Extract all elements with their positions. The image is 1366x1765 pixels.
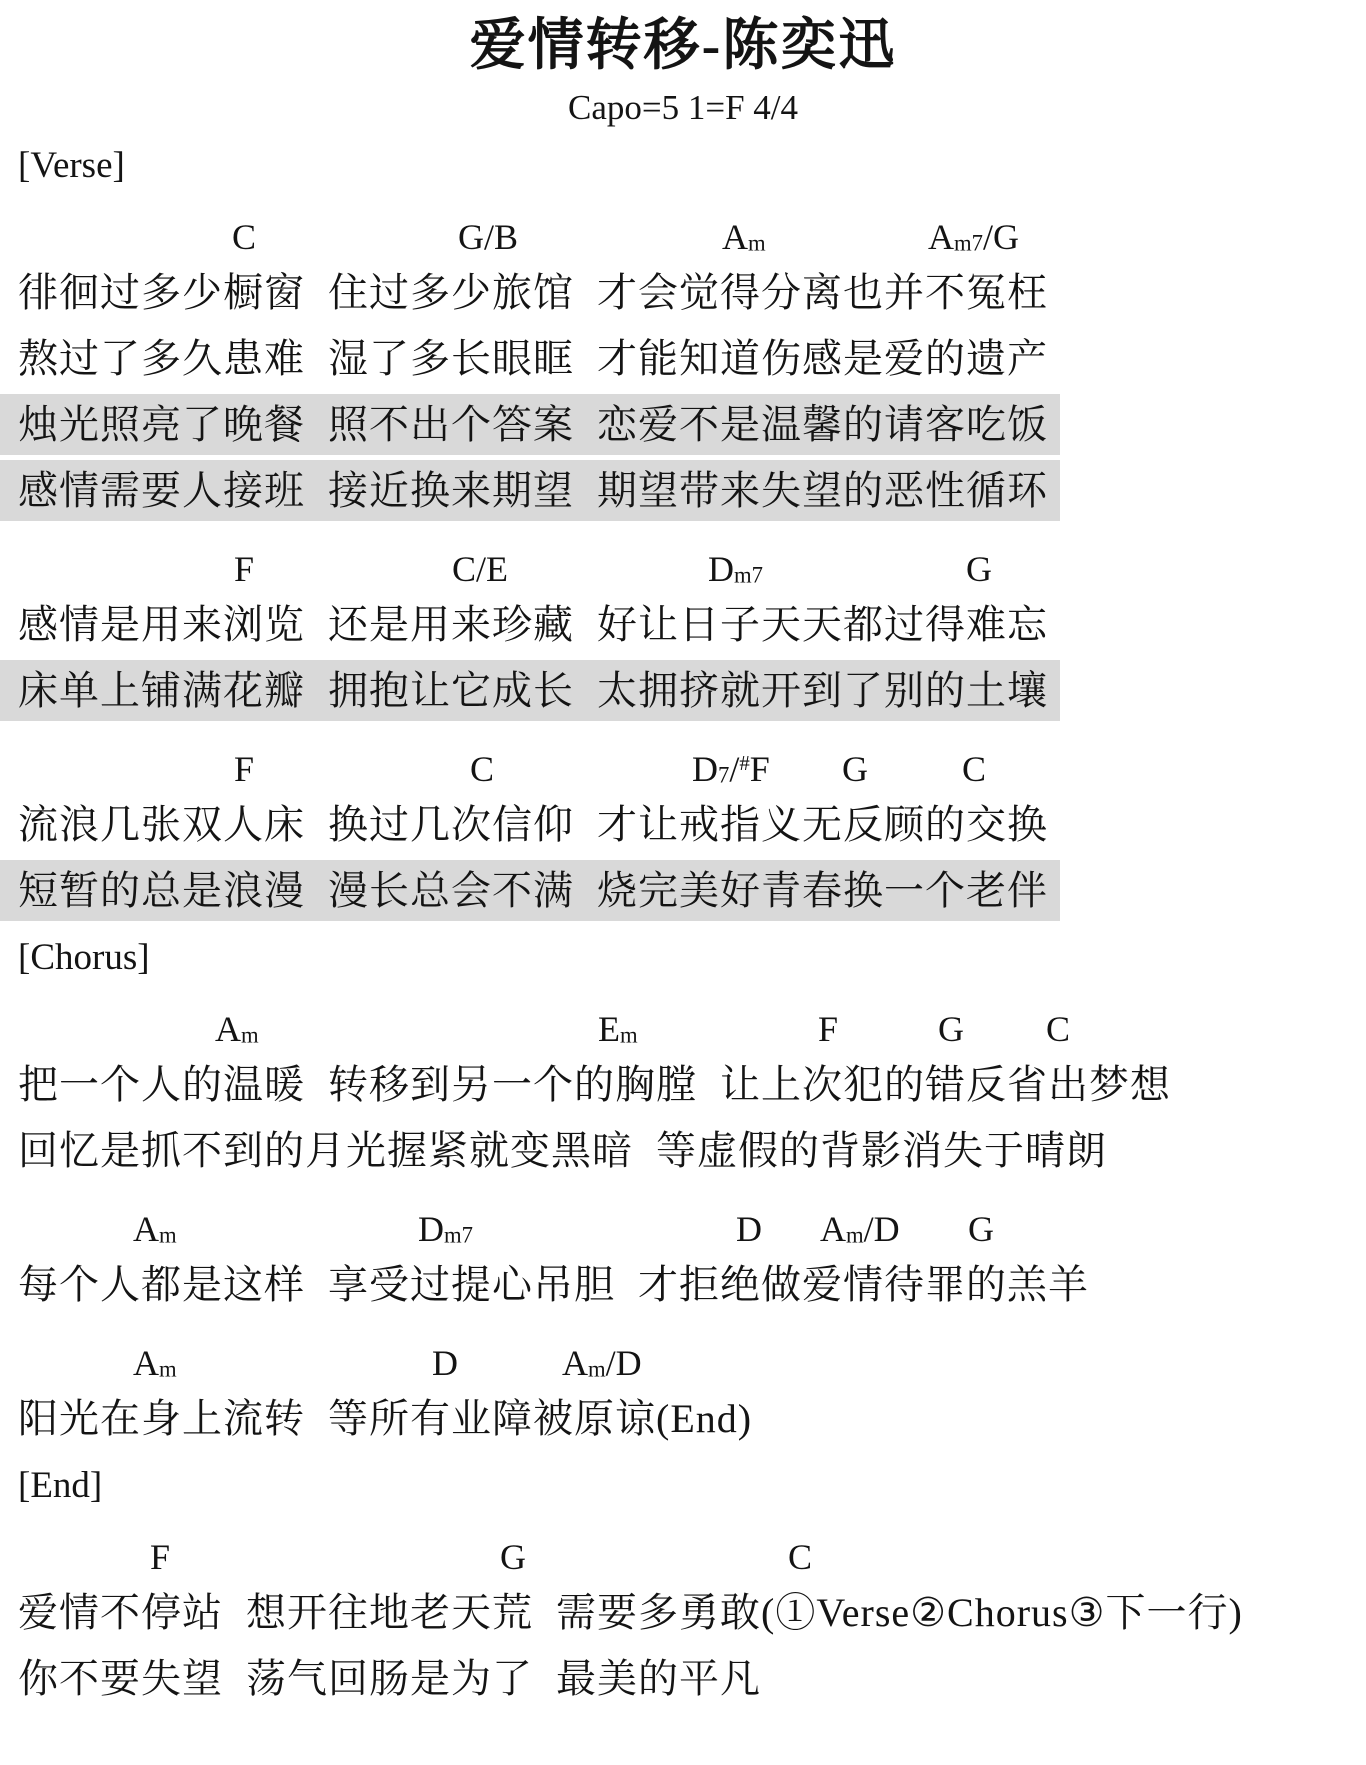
lyric-line: 阳光在身上流转 等所有业障被原谅(End) [0, 1388, 1366, 1449]
lyric-line: 床单上铺满花瓣 拥抱让它成长 太拥挤就开到了别的土壤 [0, 660, 1060, 721]
chord: C [788, 1536, 812, 1578]
chord: Am [722, 216, 766, 258]
chord: F [234, 548, 254, 590]
song-title: 爱情转移-陈奕迅 [0, 10, 1366, 82]
chord: G/B [458, 216, 518, 258]
lyric-line: 爱情不停站 想开往地老天荒 需要多勇敢(①Verse②Chorus③下一行) [0, 1582, 1366, 1643]
chord: F [818, 1008, 838, 1050]
lyric-line: 流浪几张双人床 换过几次信仰 才让戒指义无反顾的交换 [0, 794, 1366, 855]
lyric-line: 徘徊过多少橱窗 住过多少旅馆 才会觉得分离也并不冤枉 [0, 262, 1366, 323]
section-label: [Verse] [0, 134, 1366, 194]
chord-row: AmEmFGC [0, 986, 1366, 1054]
section-label: [End] [0, 1454, 1366, 1514]
chord: Am [133, 1342, 177, 1384]
chord: Am/D [820, 1208, 900, 1250]
lyric-line: 烛光照亮了晚餐 照不出个答案 恋爱不是温馨的请客吃饭 [0, 394, 1060, 455]
chord: C/E [452, 548, 508, 590]
chord: C [962, 748, 986, 790]
chord: Em [598, 1008, 638, 1050]
chord: G [966, 548, 992, 590]
lyric-line: 你不要失望 荡气回肠是为了 最美的平凡 [0, 1648, 1366, 1709]
chord-row: FCD7/#FGC [0, 726, 1366, 794]
chord: C [1046, 1008, 1070, 1050]
lyric-line: 短暂的总是浪漫 漫长总会不满 烧完美好青春换一个老伴 [0, 860, 1060, 921]
lyric-line: 感情是用来浏览 还是用来珍藏 好让日子天天都过得难忘 [0, 594, 1366, 655]
chord: D7/#F [692, 748, 770, 790]
chord: G [500, 1536, 526, 1578]
chord: Am/D [562, 1342, 642, 1384]
chord: Am [133, 1208, 177, 1250]
chord: D [432, 1342, 458, 1384]
lyric-line: 熬过了多久患难 湿了多长眼眶 才能知道伤感是爱的遗产 [0, 328, 1366, 389]
chord-row: AmDAm/D [0, 1320, 1366, 1388]
sheet-body: [Verse]CG/BAmAm7/G徘徊过多少橱窗 住过多少旅馆 才会觉得分离也… [0, 134, 1366, 1709]
chord-sheet-page: 爱情转移-陈奕迅 Capo=5 1=F 4/4 [Verse]CG/BAmAm7… [0, 0, 1366, 1709]
chord-row: AmDm7DAm/DG [0, 1186, 1366, 1254]
chord: F [150, 1536, 170, 1578]
chord: F [234, 748, 254, 790]
song-key-info: Capo=5 1=F 4/4 [0, 82, 1366, 134]
chord: Am [215, 1008, 259, 1050]
chord: Dm7 [418, 1208, 473, 1250]
lyric-line: 把一个人的温暖 转移到另一个的胸膛 让上次犯的错反省出梦想 [0, 1054, 1366, 1115]
chord-row: CG/BAmAm7/G [0, 194, 1366, 262]
chord: Dm7 [708, 548, 763, 590]
chord-row: FC/EDm7G [0, 526, 1366, 594]
chord: D [736, 1208, 762, 1250]
chord-row: FGC [0, 1514, 1366, 1582]
lyric-line: 感情需要人接班 接近换来期望 期望带来失望的恶性循环 [0, 460, 1060, 521]
chord: G [938, 1008, 964, 1050]
section-label: [Chorus] [0, 926, 1366, 986]
chord: C [470, 748, 494, 790]
chord: Am7/G [928, 216, 1019, 258]
lyric-line: 每个人都是这样 享受过提心吊胆 才拒绝做爱情待罪的羔羊 [0, 1254, 1366, 1315]
chord: G [968, 1208, 994, 1250]
chord: G [842, 748, 868, 790]
lyric-line: 回忆是抓不到的月光握紧就变黑暗 等虚假的背影消失于晴朗 [0, 1120, 1366, 1181]
chord: C [232, 216, 256, 258]
